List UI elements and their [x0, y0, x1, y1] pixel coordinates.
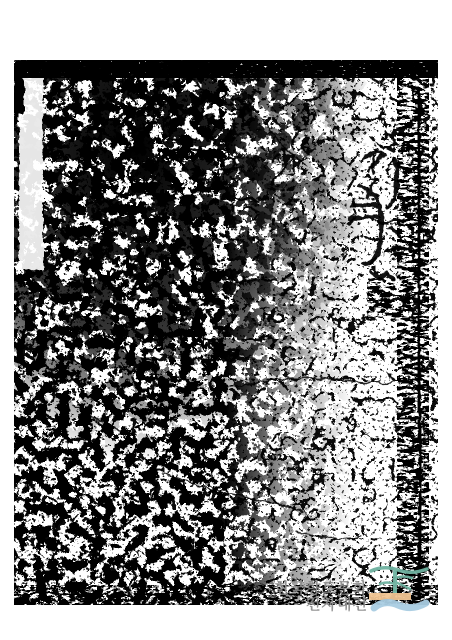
watermark-line2: 전자대전	[275, 596, 368, 612]
watermark-line1: 한국향토문화	[275, 580, 368, 596]
archive-watermark: 한국향토문화 전자대전	[0, 0, 452, 640]
watermark-text: 한국향토문화 전자대전	[275, 580, 368, 612]
tree-and-wave-logo-icon	[368, 562, 430, 620]
logo-ground-band	[369, 593, 411, 600]
page: 한국향토문화 전자대전	[0, 0, 452, 640]
logo-wave-icon	[374, 603, 426, 608]
logo-canopy-icon	[371, 568, 427, 573]
